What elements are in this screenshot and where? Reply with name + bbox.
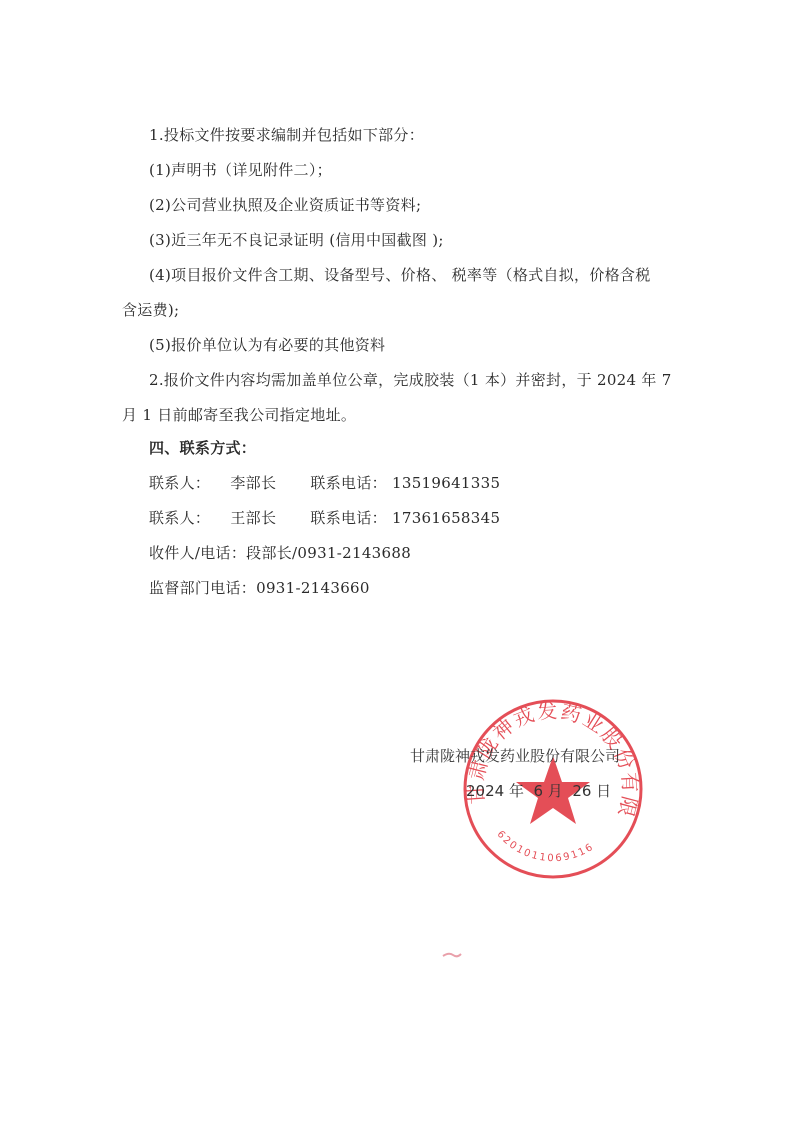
requirement-1-5: (5)报价单位认为有必要的其他资料 [149, 335, 385, 355]
contact-name: 王部长 [230, 509, 276, 527]
requirement-1-4: (4)项目报价文件含工期、设备型号、价格、 税率等（格式自拟，价格含税 [149, 265, 651, 285]
contact-label: 联系人： [149, 509, 210, 527]
requirement-1-3: (3)近三年无不良记录证明 (信用中国截图 ); [149, 230, 444, 250]
requirement-2-cont: 月 1 日前邮寄至我公司指定地址。 [122, 405, 356, 425]
requirement-1-2: (2)公司营业执照及企业资质证书等资料; [149, 195, 421, 215]
requirement-1-1: (1)声明书（详见附件二）； [149, 160, 332, 180]
recipient-line: 收件人/电话：段部长/0931-2143688 [149, 543, 411, 563]
signature-date: 2024 年 6 月 26 日 [466, 781, 611, 801]
requirement-1-4-cont: 含运费); [122, 300, 179, 320]
requirement-1: 1.投标文件按要求编制并包括如下部分： [149, 125, 424, 145]
contact-phone-label: 联系电话： [310, 474, 387, 492]
contact-row-2: 联系人： 王部长 联系电话： 17361658345 [149, 508, 500, 528]
contact-phone: 13519641335 [392, 474, 500, 492]
signature-company: 甘肃陇神戎发药业股份有限公司 [410, 746, 620, 766]
contact-heading: 四、联系方式： [149, 438, 256, 458]
requirement-2: 2.报价文件内容均需加盖单位公章，完成胶装（1 本）并密封，于 2024 年 7 [149, 370, 672, 390]
stamp-smudge-icon [441, 950, 463, 960]
contact-label: 联系人： [149, 474, 210, 492]
contact-phone: 17361658345 [392, 509, 500, 527]
svg-text:6201011069116: 6201011069116 [494, 829, 596, 864]
contact-name: 李部长 [230, 474, 276, 492]
supervision-line: 监督部门电话：0931-2143660 [149, 578, 370, 598]
contact-row-1: 联系人： 李部长 联系电话： 13519641335 [149, 473, 500, 493]
contact-phone-label: 联系电话： [310, 509, 387, 527]
